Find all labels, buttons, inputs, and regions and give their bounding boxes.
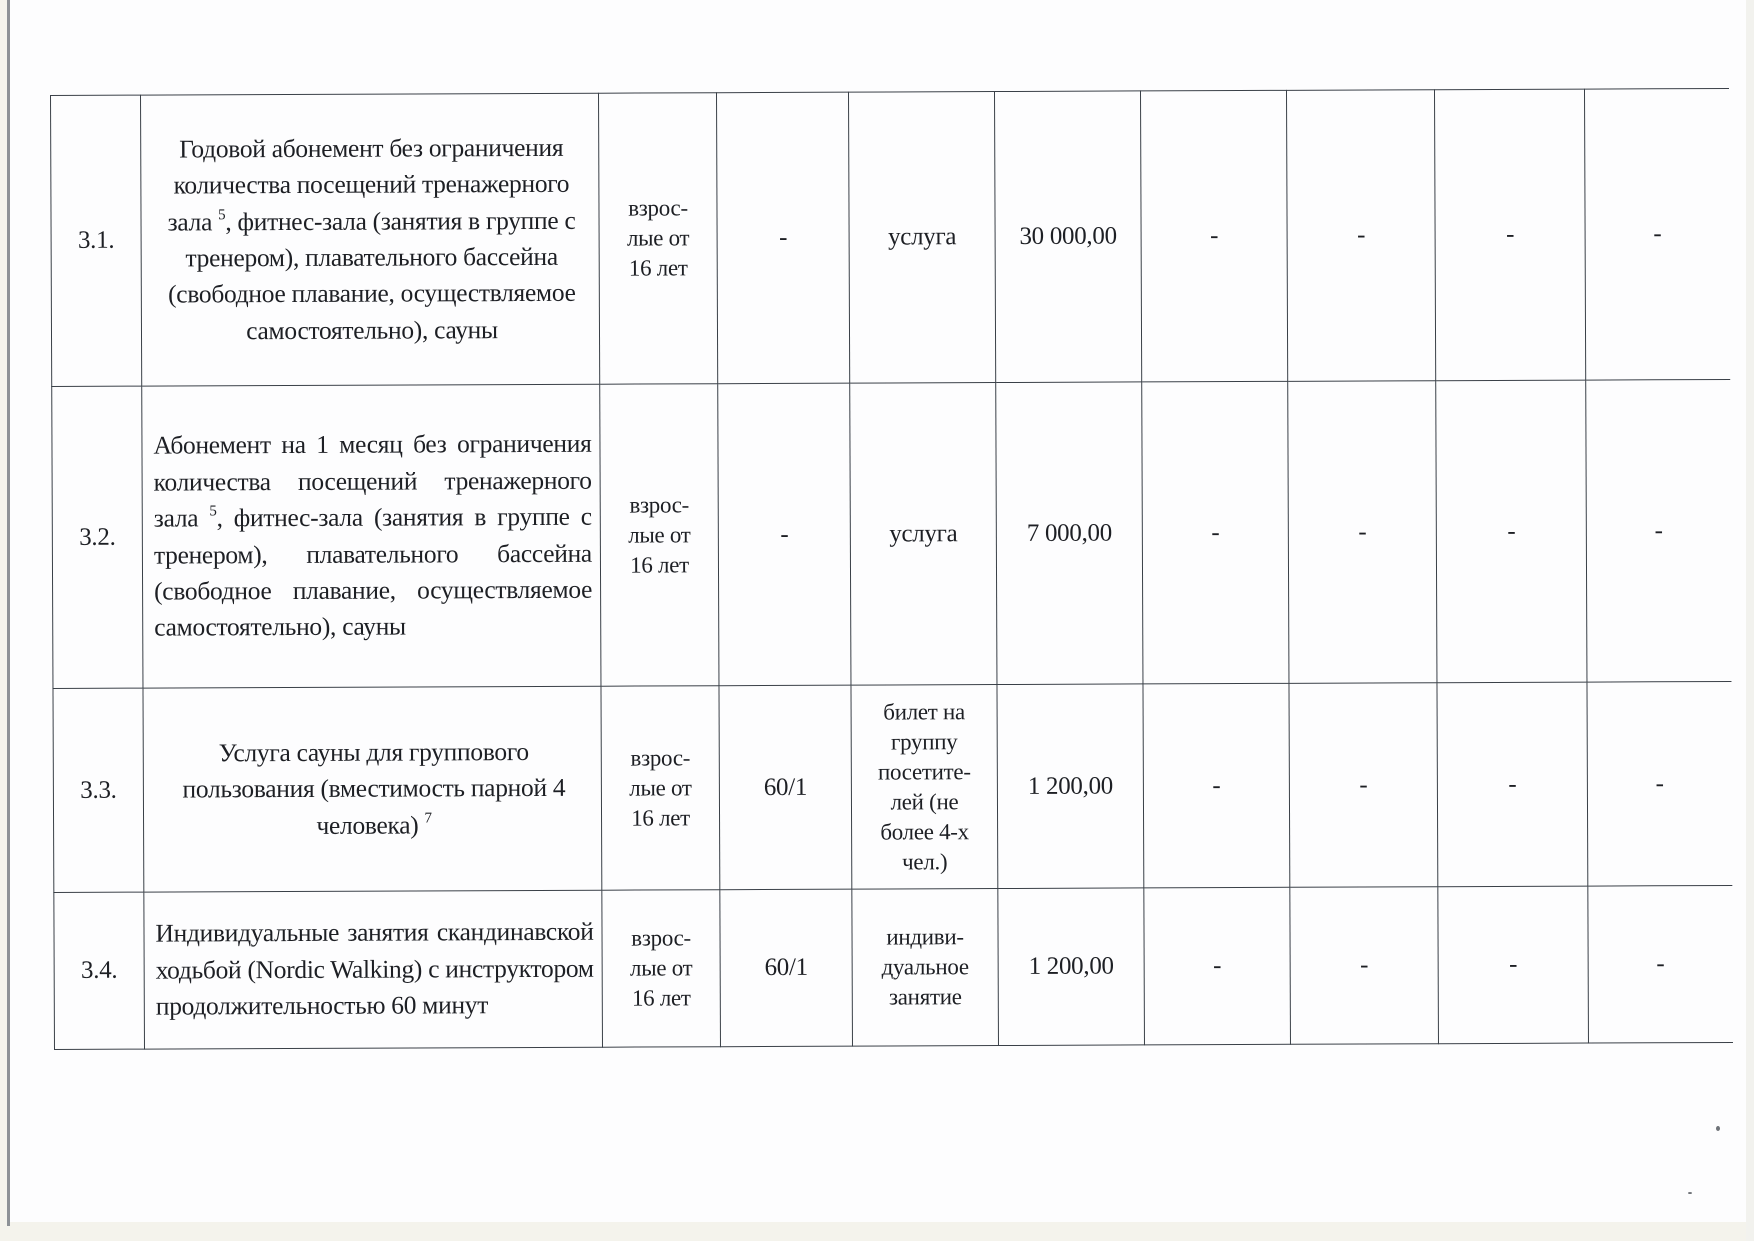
service-description: Годовой абонемент без ограничения количе… — [141, 93, 600, 386]
extra-col-2: - — [1290, 887, 1439, 1045]
unit-of-measure: услуга — [850, 383, 997, 686]
row-number: 3.4. — [54, 892, 145, 1049]
tariff-table-container: 3.1. Годовой абонемент без ограничения к… — [50, 88, 1732, 1050]
footnote-marker: 5 — [209, 503, 216, 519]
extra-col-3: - — [1437, 682, 1588, 887]
page-edge-right — [1746, 0, 1754, 1241]
duration: 60/1 — [719, 685, 852, 890]
extra-col-4: - — [1587, 681, 1732, 886]
price: 1 200,00 — [998, 888, 1145, 1046]
extra-col-4: - — [1586, 379, 1731, 682]
unit-of-measure: индиви-дуальноезанятие — [852, 889, 999, 1047]
service-description: Индивидуальные занятия скандинавской ход… — [144, 890, 603, 1049]
row-number: 3.3. — [53, 688, 144, 892]
duration: - — [716, 92, 849, 384]
extra-col-4: - — [1588, 885, 1733, 1043]
table-row: 3.1. Годовой абонемент без ограничения к… — [51, 88, 1730, 386]
description-tail: , фитнес-зала (занятия в группе с тренер… — [168, 205, 576, 345]
extra-col-1: - — [1144, 887, 1291, 1045]
extra-col-1: - — [1143, 683, 1290, 888]
age-category: взрос-лые от16 лет — [598, 93, 717, 384]
extra-col-2: - — [1289, 683, 1438, 888]
footnote-marker: 5 — [218, 207, 225, 223]
tariff-table: 3.1. Годовой абонемент без ограничения к… — [50, 88, 1732, 1050]
price: 30 000,00 — [994, 91, 1141, 383]
duration: 60/1 — [720, 889, 853, 1047]
extra-col-3: - — [1436, 380, 1587, 683]
extra-col-1: - — [1142, 381, 1289, 684]
service-description: Абонемент на 1 месяц без ограничения кол… — [142, 384, 601, 688]
extra-col-2: - — [1288, 381, 1437, 684]
price: 1 200,00 — [997, 684, 1144, 889]
description-text: Индивидуальные занятия скандинавской ход… — [155, 917, 593, 1021]
footnote-marker: 7 — [424, 810, 431, 826]
extra-col-1: - — [1140, 90, 1287, 382]
age-category: взрос-лые от16 лет — [600, 384, 719, 686]
unit-of-measure: услуга — [848, 92, 995, 384]
extra-col-2: - — [1286, 90, 1435, 382]
extra-col-3: - — [1434, 89, 1585, 381]
duration: - — [718, 383, 851, 686]
age-category: взрос-лые от16 лет — [601, 686, 720, 890]
table-row: 3.4. Индивидуальные занятия скандинавско… — [54, 885, 1733, 1049]
service-description: Услуга сауны для группового пользования … — [143, 686, 602, 892]
table-row: 3.3. Услуга сауны для группового пользов… — [53, 681, 1732, 892]
description-tail: , фитнес-зала (занятия в группе с тренер… — [154, 502, 592, 642]
age-category: взрос-лые от16 лет — [602, 890, 721, 1047]
scan-speck — [1688, 1192, 1692, 1194]
description-text: Услуга сауны для группового пользования … — [182, 737, 565, 840]
extra-col-4: - — [1584, 88, 1729, 380]
row-number: 3.2. — [52, 386, 143, 688]
extra-col-3: - — [1438, 886, 1589, 1044]
unit-of-measure: билет нагруппупосетите-лей (неболее 4-хч… — [851, 685, 998, 890]
price: 7 000,00 — [996, 382, 1143, 685]
page-edge-shadow — [7, 0, 10, 1226]
table-row: 3.2. Абонемент на 1 месяц без ограничени… — [52, 379, 1731, 688]
row-number: 3.1. — [51, 95, 142, 386]
scan-speck — [1716, 1126, 1720, 1131]
